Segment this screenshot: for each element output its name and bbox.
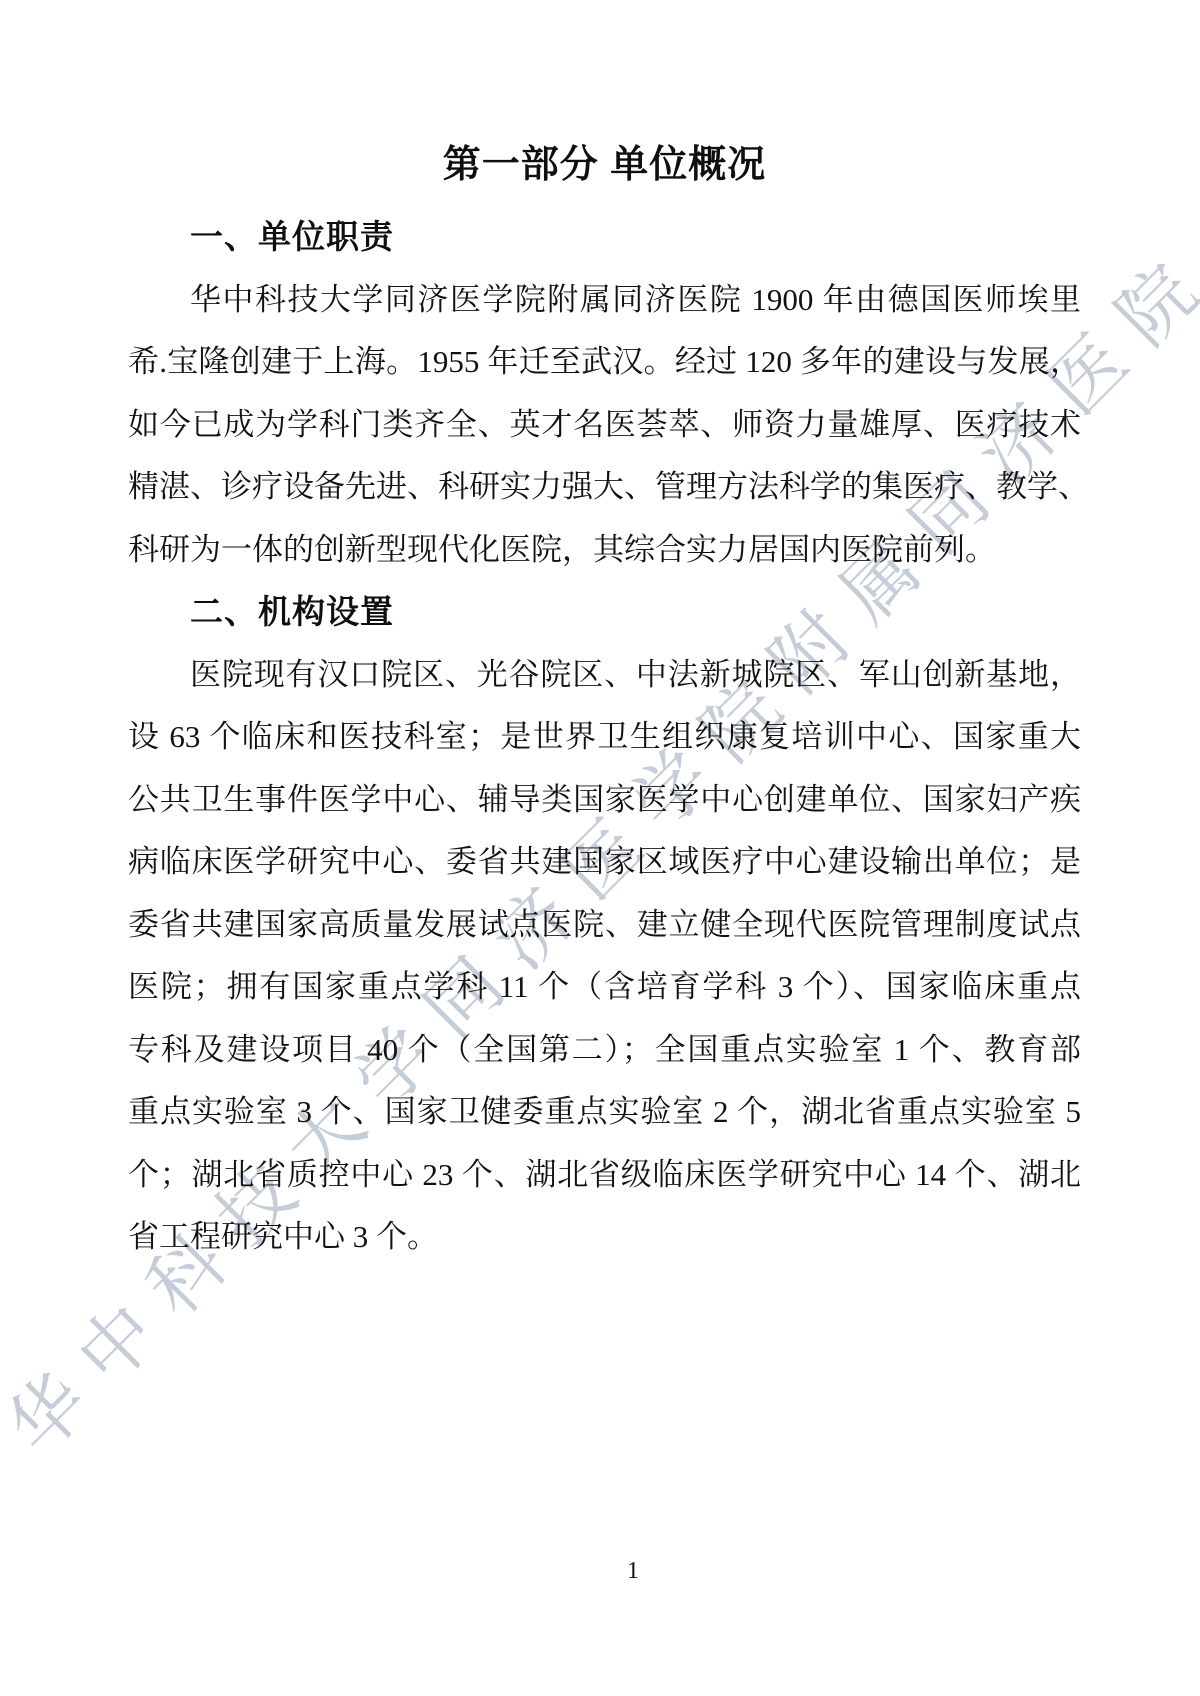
paragraph-line: 委省共建国家高质量发展试点医院、建立健全现代医院管理制度试点 bbox=[128, 894, 1081, 957]
paragraph-line: 设 63 个临床和医技科室；是世界卫生组织康复培训中心、国家重大 bbox=[128, 706, 1081, 769]
paragraph-line: 病临床医学研究中心、委省共建国家区域医疗中心建设输出单位；是 bbox=[128, 831, 1081, 894]
paragraph-line: 精湛、诊疗设备先进、科研实力强大、管理方法科学的集医疗、教学、 bbox=[128, 456, 1081, 519]
paragraph-line: 个；湖北省质控中心 23 个、湖北省级临床医学研究中心 14 个、湖北 bbox=[128, 1144, 1081, 1207]
paragraph-line: 重点实验室 3 个、国家卫健委重点实验室 2 个，湖北省重点实验室 5 bbox=[128, 1081, 1081, 1144]
paragraph-line: 科研为一体的创新型现代化医院，其综合实力居国内医院前列。 bbox=[128, 519, 1081, 582]
paragraph-line: 医院；拥有国家重点学科 11 个（含培育学科 3 个）、国家临床重点 bbox=[128, 956, 1081, 1019]
document-body: 一、单位职责 华中科技大学同济医学院附属同济医院 1900 年由德国医师埃里 希… bbox=[128, 206, 1081, 1269]
page-title: 第一部分 单位概况 bbox=[128, 140, 1081, 190]
document-page: 华中科技大学同济医学院附属同济医院 第一部分 单位概况 一、单位职责 华中科技大… bbox=[0, 0, 1200, 1696]
section-heading-org-structure: 二、机构设置 bbox=[128, 581, 1081, 644]
paragraph-line: 专科及建设项目 40 个（全国第二）；全国重点实验室 1 个、教育部 bbox=[128, 1019, 1081, 1082]
paragraph-line: 华中科技大学同济医学院附属同济医院 1900 年由德国医师埃里 bbox=[128, 269, 1081, 332]
page-number: 1 bbox=[627, 1556, 639, 1586]
paragraph-line: 如今已成为学科门类齐全、英才名医荟萃、师资力量雄厚、医疗技术 bbox=[128, 394, 1081, 457]
paragraph-line: 省工程研究中心 3 个。 bbox=[128, 1206, 1081, 1269]
paragraph-line: 医院现有汉口院区、光谷院区、中法新城院区、军山创新基地， bbox=[128, 644, 1081, 707]
paragraph-line: 希.宝隆创建于上海。1955 年迁至武汉。经过 120 多年的建设与发展， bbox=[128, 331, 1081, 394]
paragraph-line: 公共卫生事件医学中心、辅导类国家医学中心创建单位、国家妇产疾 bbox=[128, 769, 1081, 832]
section-heading-unit-duties: 一、单位职责 bbox=[128, 206, 1081, 269]
